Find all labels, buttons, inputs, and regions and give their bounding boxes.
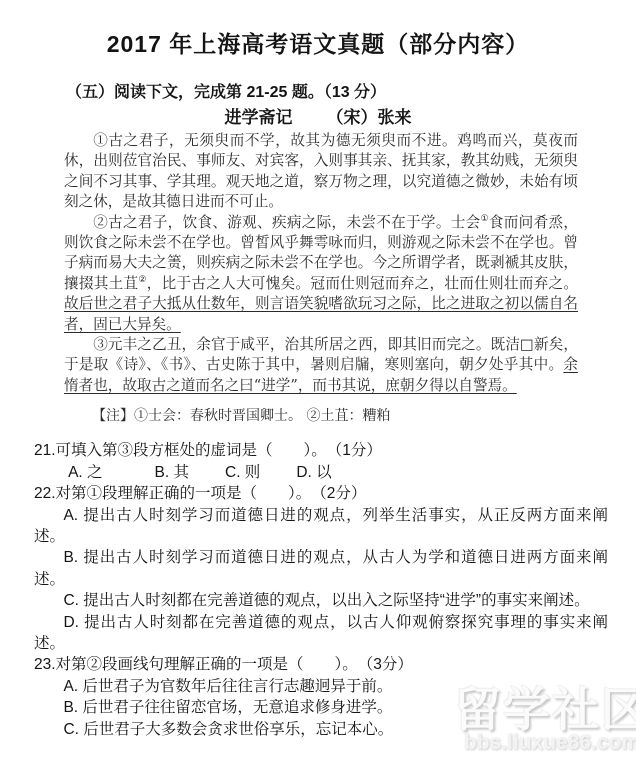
article-title: 进学斋记（宋）张来 (0, 103, 636, 128)
question-stem-23: 23.对第②段画线句理解正确的一项是（ ）。 （3分） (34, 654, 608, 675)
option-choice: B. 其 (155, 464, 189, 481)
text-segment: ①古之君子，无须臾而不学，故其为德无须臾而不进。鸡鸣而兴，莫夜而休，出则莅官治民… (64, 132, 578, 210)
section-heading: （五）阅读下文，完成第 21-25 题。（13 分） (66, 79, 596, 102)
article-paragraph: ①古之君子，无须臾而不学，故其为德无须臾而不进。鸡鸣而兴，莫夜而休，出则莅官治民… (64, 131, 578, 213)
option-choice: B. 后世君子往往留恋官场，无意追求修身进学。 (34, 697, 608, 718)
text-segment: ③元丰之乙丑，余官于咸平，治其所居之西，即其旧而完之。既洁□新矣，于是取《诗》、… (64, 336, 578, 373)
option-choice: C. 则 (225, 464, 260, 481)
question-stem-21: 21.可填入第③段方框处的虚词是（ ）。 （1分） (34, 440, 608, 461)
exam-page: 2017 年上海高考语文真题（部分内容） （五）阅读下文，完成第 21-25 题… (0, 0, 636, 757)
option-choice: B. 提出古人时刻学习而道德日进的观点，从古人为学和道德日进两方面来阐述。 (34, 547, 608, 590)
text-segment: ②古之君子，饮食、游观、疾病之际，未尝不在于学。士会 (93, 214, 480, 231)
question-options-inline: A. 之B. 其C. 则D. 以 (34, 462, 608, 483)
article-author: （宋）张来 (327, 108, 412, 127)
note-reference-superscript: ① (481, 214, 489, 224)
option-choice: C. 提出古人时刻都在完善道德的观点，以出入之际坚持“进学”的事实来阐述。 (34, 590, 608, 611)
option-choice: D. 提出古人时刻都在完善道德的观点，以古人仰观俯察探究事理的事实来阐述。 (34, 612, 608, 655)
questions: 21.可填入第③段方框处的虚词是（ ）。 （1分）A. 之B. 其C. 则D. … (34, 440, 608, 740)
option-choice: A. 提出古人时刻学习而道德日进的观点，列举生活事实，从正反两方面来阐述。 (34, 505, 608, 548)
underlined-sentence: 故后世之君子大抵从仕数年，则言语笑貌嗜欲玩习之际，比之进取之初以儒自名者，固已大… (64, 295, 578, 332)
article-paragraph: ②古之君子，饮食、游观、疾病之际，未尝不在于学。士会①食而问肴烝，则饮食之际未尝… (64, 213, 578, 335)
note-line: 【注】①士会：春秋时晋国卿士。 ②土苴：糟粕 (64, 405, 578, 425)
option-choice: A. 之 (68, 464, 102, 481)
page-title: 2017 年上海高考语文真题（部分内容） (0, 0, 636, 59)
article-paragraph: ③元丰之乙丑，余官于咸平，治其所居之西，即其旧而完之。既洁□新矣，于是取《诗》、… (64, 335, 578, 396)
question-stem-22: 22.对第①段理解正确的一项是（ ）。 （2分） (34, 483, 608, 504)
option-choice: A. 后世君子为官数年后往往言行志趣迥异于前。 (34, 676, 608, 697)
article-title-text: 进学斋记 (225, 108, 293, 127)
option-choice: D. 以 (296, 464, 331, 481)
text-segment: ，比于古之人大可愧矣。冠而仕则冠而弃之，壮而仕则壮而弃之。 (147, 275, 578, 292)
note-reference-superscript: ② (138, 275, 146, 285)
article-paragraphs: ①古之君子，无须臾而不学，故其为德无须臾而不进。鸡鸣而兴，莫夜而休，出则莅官治民… (64, 131, 578, 396)
option-choice: C. 后世君子大多数会贪求世俗享乐，忘记本心。 (34, 719, 608, 740)
